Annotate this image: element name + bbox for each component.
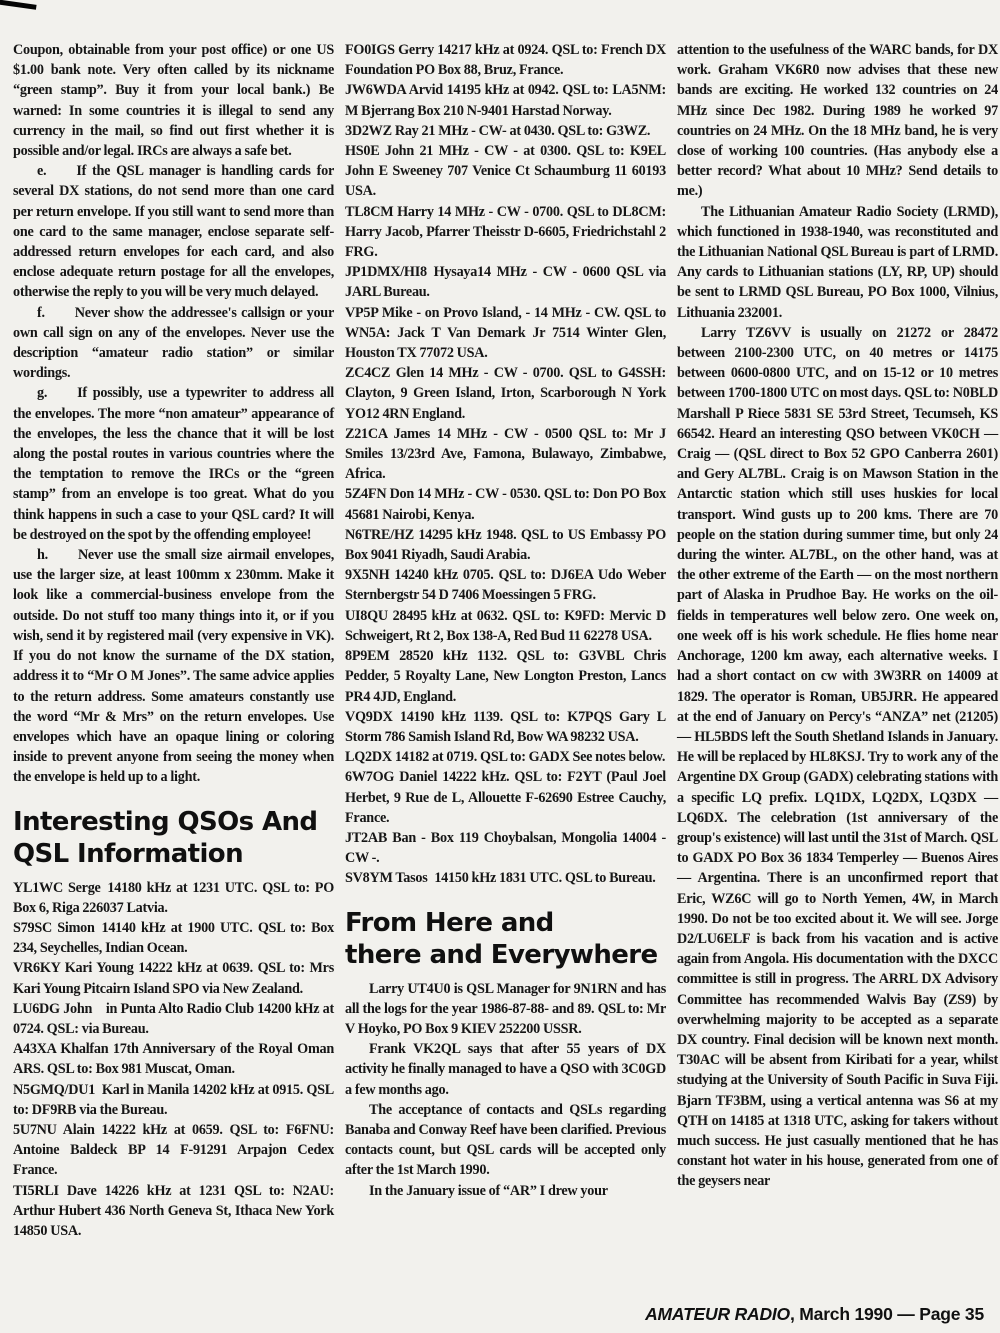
qsl-listing-entry: YL1WC Serge 14180 kHz at 1231 UTC. QSL t…	[13, 878, 334, 918]
column-2: FO0IGS Gerry 14217 kHz at 0924. QSL to: …	[345, 40, 666, 1241]
qsl-listing-entry: FO0IGS Gerry 14217 kHz at 0924. QSL to: …	[345, 40, 666, 80]
qsl-listing-entry: SV8YM Tasos 14150 kHz 1831 UTC. QSL to B…	[345, 868, 666, 888]
qsl-listing-entry: 6W7OG Daniel 14222 kHz. QSL to: F2YT (Pa…	[345, 767, 666, 828]
qsl-listing-entry: VR6KY Kari Young 14222 kHz at 0639. QSL …	[13, 958, 334, 998]
paragraph: f.Never show the addressee's callsign or…	[13, 303, 334, 384]
paragraph: Coupon, obtainable from your post office…	[13, 40, 334, 161]
list-item-label: e.	[37, 163, 76, 179]
qsl-listing-entry: VQ9DX 14190 kHz 1139. QSL to: K7PQS Gary…	[345, 707, 666, 747]
content-columns: Coupon, obtainable from your post office…	[13, 40, 999, 1241]
qsl-listing-entry: 8P9EM 28520 kHz 1132. QSL to: G3VBL Chri…	[345, 646, 666, 707]
heading-interesting-qsos: Interesting QSOs And QSL Information	[13, 806, 334, 870]
paragraph: Larry UT4U0 is QSL Manager for 9N1RN and…	[345, 979, 666, 1040]
list-item-label: h.	[37, 547, 78, 563]
qsl-listing-entry: 9X5NH 14240 kHz 0705. QSL to: DJ6EA Udo …	[345, 565, 666, 605]
qsl-listing-entry: 5U7NU Alain 14222 kHz at 0659. QSL to: F…	[13, 1120, 334, 1181]
qsl-listing-entry: ZC4CZ Glen 14 MHz - CW - 0700. QSL to G4…	[345, 363, 666, 424]
qsl-listing-entry: JT2AB Ban - Box 119 Choybalsan, Mongolia…	[345, 828, 666, 868]
qsl-listing-entry: S79SC Simon 14140 kHz at 1900 UTC. QSL t…	[13, 918, 334, 958]
qsl-listing-entry: Z21CA James 14 MHz - CW - 0500 QSL to: M…	[345, 424, 666, 485]
list-item-label: g.	[37, 385, 77, 401]
magazine-page: Coupon, obtainable from your post office…	[0, 0, 1000, 1333]
paragraph: In the January issue of “AR” I drew your	[345, 1181, 666, 1201]
column-1: Coupon, obtainable from your post office…	[13, 40, 334, 1241]
qsl-listing-entry: HS0E John 21 MHz - CW - at 0300. QSL to:…	[345, 141, 666, 202]
qsl-listing-entry: LQ2DX 14182 at 0719. QSL to: GADX See no…	[345, 747, 666, 767]
qsl-listing-entry: N6TRE/HZ 14295 kHz 1948. QSL to US Embas…	[345, 525, 666, 565]
qsl-listing-entry: A43XA Khalfan 17th Anniversary of the Ro…	[13, 1039, 334, 1079]
qsl-listing-entry: LU6DG John in Punta Alto Radio Club 1420…	[13, 999, 334, 1039]
qsl-listing-entry: JP1DMX/HI8 Hysaya14 MHz - CW - 0600 QSL …	[345, 262, 666, 302]
qsl-listing-entry: 3D2WZ Ray 21 MHz - CW- at 0430. QSL to: …	[345, 121, 666, 141]
page-footer: AMATEUR RADIO, March 1990 — Page 35	[645, 1304, 984, 1325]
qsl-listing-entry: JW6WDA Arvid 14195 kHz at 0942. QSL to: …	[345, 80, 666, 120]
paragraph: attention to the usefulness of the WARC …	[677, 40, 998, 202]
list-item-label: f.	[37, 305, 75, 321]
qsl-listing-entry: N5GMQ/DU1 Karl in Manila 14202 kHz at 09…	[13, 1080, 334, 1120]
scan-corner-artifact	[0, 0, 37, 10]
paragraph: The Lithuanian Amateur Radio Society (LR…	[677, 202, 998, 323]
paragraph: h.Never use the small size airmail envel…	[13, 545, 334, 787]
paragraph: e.If the QSL manager is handling cards f…	[13, 161, 334, 302]
qsl-listing-entry: TL8CM Harry 14 MHz - CW - 0700. QSL to D…	[345, 202, 666, 263]
qsl-listing-entry: 5Z4FN Don 14 MHz - CW - 0530. QSL to: Do…	[345, 484, 666, 524]
column-3: attention to the usefulness of the WARC …	[677, 40, 998, 1241]
paragraph: g.If possibly, use a typewriter to addre…	[13, 383, 334, 545]
heading-from-here: From Here and there and Everywhere	[345, 907, 666, 971]
footer-issue-page: , March 1990 — Page 35	[790, 1304, 984, 1324]
paragraph: The acceptance of contacts and QSLs rega…	[345, 1100, 666, 1181]
paragraph: Frank VK2QL says that after 55 years of …	[345, 1039, 666, 1100]
magazine-title: AMATEUR RADIO	[645, 1304, 790, 1324]
paragraph: Larry TZ6VV is usually on 21272 or 28472…	[677, 323, 998, 1192]
qsl-listing-entry: VP5P Mike - on Provo Island, - 14 MHz - …	[345, 303, 666, 364]
qsl-listing-entry: UI8QU 28495 kHz at 0632. QSL to: K9FD: M…	[345, 606, 666, 646]
qsl-listing-entry: TI5RLI Dave 14226 kHz at 1231 QSL to: N2…	[13, 1181, 334, 1242]
